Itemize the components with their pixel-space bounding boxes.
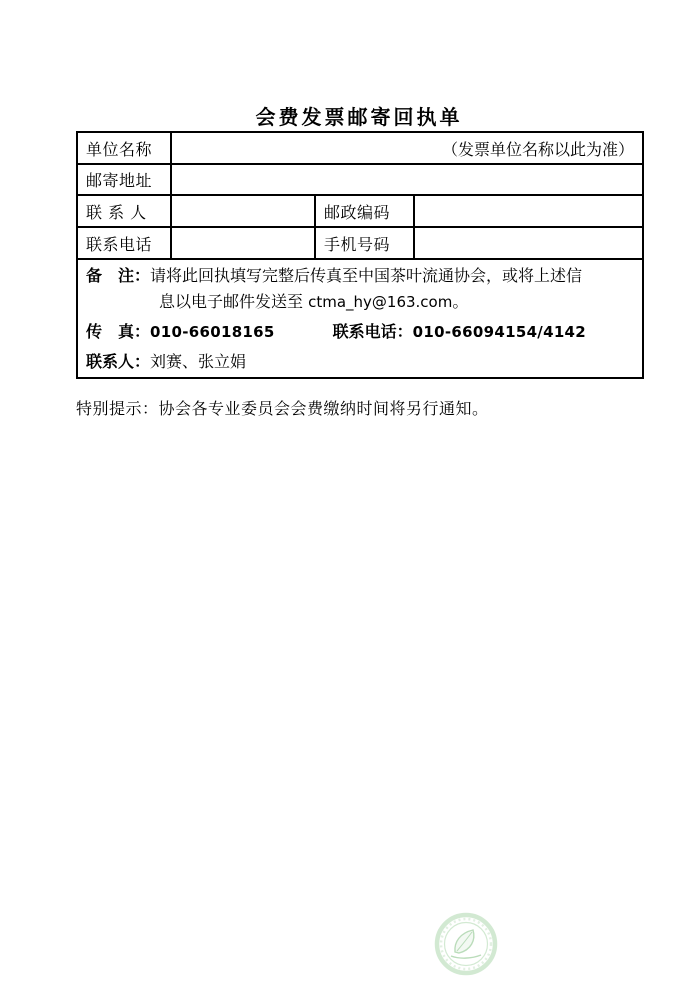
remarks-line-4: 联系人：刘赛、张立娟 [86,349,634,375]
remarks-line-1: 备 注：请将此回执填写完整后传真至中国茶叶流通协会，或将上述信 [86,263,634,289]
remarks-text-line2: 息以电子邮件发送至 [159,292,308,311]
postcode-label: 邮政编码 [315,195,414,227]
mobile-field [414,227,643,259]
unit-name-field: （发票单位名称以此为准） [171,132,643,164]
remarks-line-3: 传 真：010-66018165联系电话：010-66094154/4142 [86,319,634,345]
leaf-seal-icon [433,911,499,977]
special-note: 特别提示：协会各专业委员会会费缴纳时间将另行通知。 [76,396,489,419]
tel-label: 联系电话： [333,322,413,341]
remarks-label: 备 注： [86,266,150,285]
remarks-line-2: 息以电子邮件发送至 ctma_hy@163.com。 [86,289,634,315]
contacts-names: 刘赛、张立娟 [150,352,246,371]
phone-label: 联系电话 [77,227,171,259]
tel-number: 010-66094154/4142 [413,323,586,341]
unit-name-note: （发票单位名称以此为准） [442,140,634,159]
remarks-cell: 备 注：请将此回执填写完整后传真至中国茶叶流通协会，或将上述信 息以电子邮件发送… [77,259,643,378]
leaf-underline-swoosh [451,955,481,958]
fax-number: 010-66018165 [150,323,275,341]
contact-person-label: 联 系 人 [77,195,171,227]
phone-field [171,227,315,259]
table-row-mail-address: 邮寄地址 [77,164,643,195]
table-row-phone: 联系电话 手机号码 [77,227,643,259]
mail-address-label: 邮寄地址 [77,164,171,195]
document-page: 会费发票邮寄回执单 单位名称 （发票单位名称以此为准） 邮寄地址 联 系 人 邮… [0,0,699,988]
table-row-unit-name: 单位名称 （发票单位名称以此为准） [77,132,643,164]
mobile-label: 手机号码 [315,227,414,259]
unit-name-label: 单位名称 [77,132,171,164]
receipt-form-table: 单位名称 （发票单位名称以此为准） 邮寄地址 联 系 人 邮政编码 联系电话 手… [76,131,644,379]
page-title: 会费发票邮寄回执单 [76,101,642,130]
contacts-label: 联系人： [86,352,150,371]
remarks-email: ctma_hy@163.com [308,293,452,311]
table-row-remarks: 备 注：请将此回执填写完整后传真至中国茶叶流通协会，或将上述信 息以电子邮件发送… [77,259,643,378]
contact-person-field [171,195,315,227]
postcode-field [414,195,643,227]
remarks-text-line1: 请将此回执填写完整后传真至中国茶叶流通协会，或将上述信 [150,266,582,285]
fax-label: 传 真： [86,322,150,341]
remarks-line2-end: 。 [452,292,468,311]
mail-address-field [171,164,643,195]
table-row-contact-person: 联 系 人 邮政编码 [77,195,643,227]
